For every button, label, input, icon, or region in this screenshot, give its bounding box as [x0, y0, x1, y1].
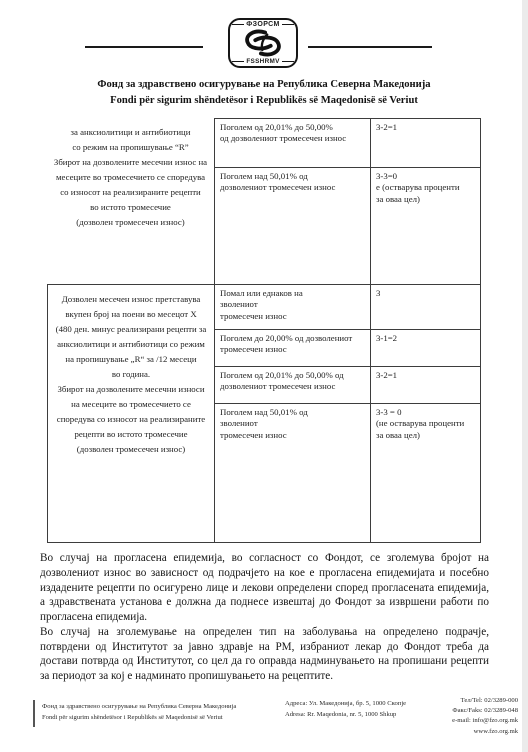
fzo-emblem-icon	[239, 27, 287, 59]
criteria-cell: за анксиолитици и антибиотици со режим н…	[47, 118, 215, 285]
logo-acronym-sq: FSSHRMV	[246, 58, 279, 65]
criteria-line: анксиолитици и антибиотици со режим	[54, 339, 208, 350]
condition-cell: Поголем од 20,01% до 50,00% од дозволени…	[215, 118, 370, 168]
criteria-line: со износот на реализираните рецепти	[53, 187, 208, 198]
footer-org-mk: Фонд за здравствено осигурување на Репуб…	[42, 702, 236, 713]
criteria-cell: Дозволен месечен износ претставува вкупе…	[47, 285, 215, 543]
criteria-line: споредува со износот на реализираните	[54, 414, 208, 425]
footer-address-mk: Адреса: Ул. Македонија, бр. 5, 1000 Скоп…	[285, 699, 406, 710]
condition-cell: Поголем над 50,01% од зволениот тромесеч…	[215, 404, 370, 543]
footer-email: e-mail: info@fzo.org.mk	[408, 716, 518, 726]
criteria-line: со режим на пропишување “R”	[53, 142, 208, 153]
header-rule-left	[85, 46, 203, 48]
footer-org-sq: Fondi për sigurim shëndetësor i Republik…	[42, 713, 236, 724]
criteria-line: (дозволен тромесечен износ)	[53, 217, 208, 228]
points-cell: 3-3=0 е (остварува проценти за оваа цел)	[370, 168, 481, 285]
scan-edge	[522, 0, 528, 752]
criteria-line: Збирот на дозволените месечни износи	[54, 384, 208, 395]
criteria-line: рецепти во истото тромесечие	[54, 429, 208, 440]
logo-flank-line	[282, 24, 294, 26]
criteria-line: во година.	[54, 369, 208, 380]
criteria-line: (480 ден. минус реализирани рецепти за	[54, 324, 208, 335]
title-macedonian: Фонд за здравствено осигурување на Репуб…	[0, 77, 528, 93]
body-text-block: Во случај на прогласена епидемија, во со…	[40, 551, 489, 684]
paragraph-disease-increase: Во случај на зголемување на определен ти…	[40, 625, 489, 684]
condition-cell: Помал или еднаков на зволениот тромесече…	[215, 285, 370, 330]
criteria-line: (дозволен тромесечен износ)	[54, 444, 208, 455]
logo-flank-line	[232, 24, 244, 26]
footer-phone: Тел/Tel: 02/3289-000	[408, 696, 518, 706]
points-criteria-table: за анксиолитици и антибиотици со режим н…	[47, 118, 481, 543]
logo-bottom-row: FSSHRMV	[232, 58, 294, 65]
title-albanian: Fondi për sigurim shëndetësor i Republik…	[0, 93, 528, 109]
footer-website: www.fzo.org.mk	[408, 727, 518, 737]
criteria-line: на пропишување „R“ за /12 месеци	[54, 354, 208, 365]
footer-contact: Тел/Tel: 02/3289-000 Факс/Faks: 02/3289-…	[408, 696, 518, 737]
criteria-line: во истото тромесечие	[53, 202, 208, 213]
table-section-2: Дозволен месечен износ претставува вкупе…	[47, 285, 481, 543]
document-title: Фонд за здравствено осигурување на Репуб…	[0, 77, 528, 109]
logo-flank-line	[282, 61, 294, 63]
points-cell: 3-2=1	[370, 118, 481, 168]
footer-address: Адреса: Ул. Македонија, бр. 5, 1000 Скоп…	[285, 699, 406, 720]
points-cell: 3	[370, 285, 481, 330]
header-rule-right	[308, 46, 432, 48]
criteria-line: на месеците во тромесечието се	[54, 399, 208, 410]
points-cell: 3-1=2	[370, 330, 481, 367]
logo-flank-line	[232, 61, 244, 63]
criteria-line: вкупен број на поени во месецот X	[54, 309, 208, 320]
criteria-line: за анксиолитици и антибиотици	[53, 127, 208, 138]
condition-cell: Поголем до 20,00% од дозволениот тромесе…	[215, 330, 370, 367]
footer-divider-bar	[33, 700, 35, 727]
criteria-line: Збирот на дозволените месечни износ на	[53, 157, 208, 168]
footer-organization: Фонд за здравствено осигурување на Репуб…	[42, 702, 236, 723]
table-section-1: за анксиолитици и антибиотици со режим н…	[47, 118, 481, 285]
criteria-line: Дозволен месечен износ претставува	[54, 294, 208, 305]
condition-cell: Поголем од 20,01% до 50,00% од дозволени…	[215, 367, 370, 404]
fzo-logo: ФЗОРСМ FSSHRMV	[228, 18, 298, 68]
points-cell: 3-3 = 0 (не остварува проценти за оваа ц…	[370, 404, 481, 543]
footer-fax: Факс/Faks: 02/3289-048	[408, 706, 518, 716]
paragraph-epidemic: Во случај на прогласена епидемија, во со…	[40, 551, 489, 625]
points-cell: 3-2=1	[370, 367, 481, 404]
footer-address-sq: Adresa: Rr. Maqedonia, nr. 5, 1000 Shkup	[285, 710, 406, 721]
condition-cell: Поголем над 50,01% од дозволениот тромес…	[215, 168, 370, 285]
document-page: { "header": { "logo_top": "ФЗОРСМ", "log…	[0, 0, 528, 752]
criteria-line: месеците во тромесечието се споредува	[53, 172, 208, 183]
